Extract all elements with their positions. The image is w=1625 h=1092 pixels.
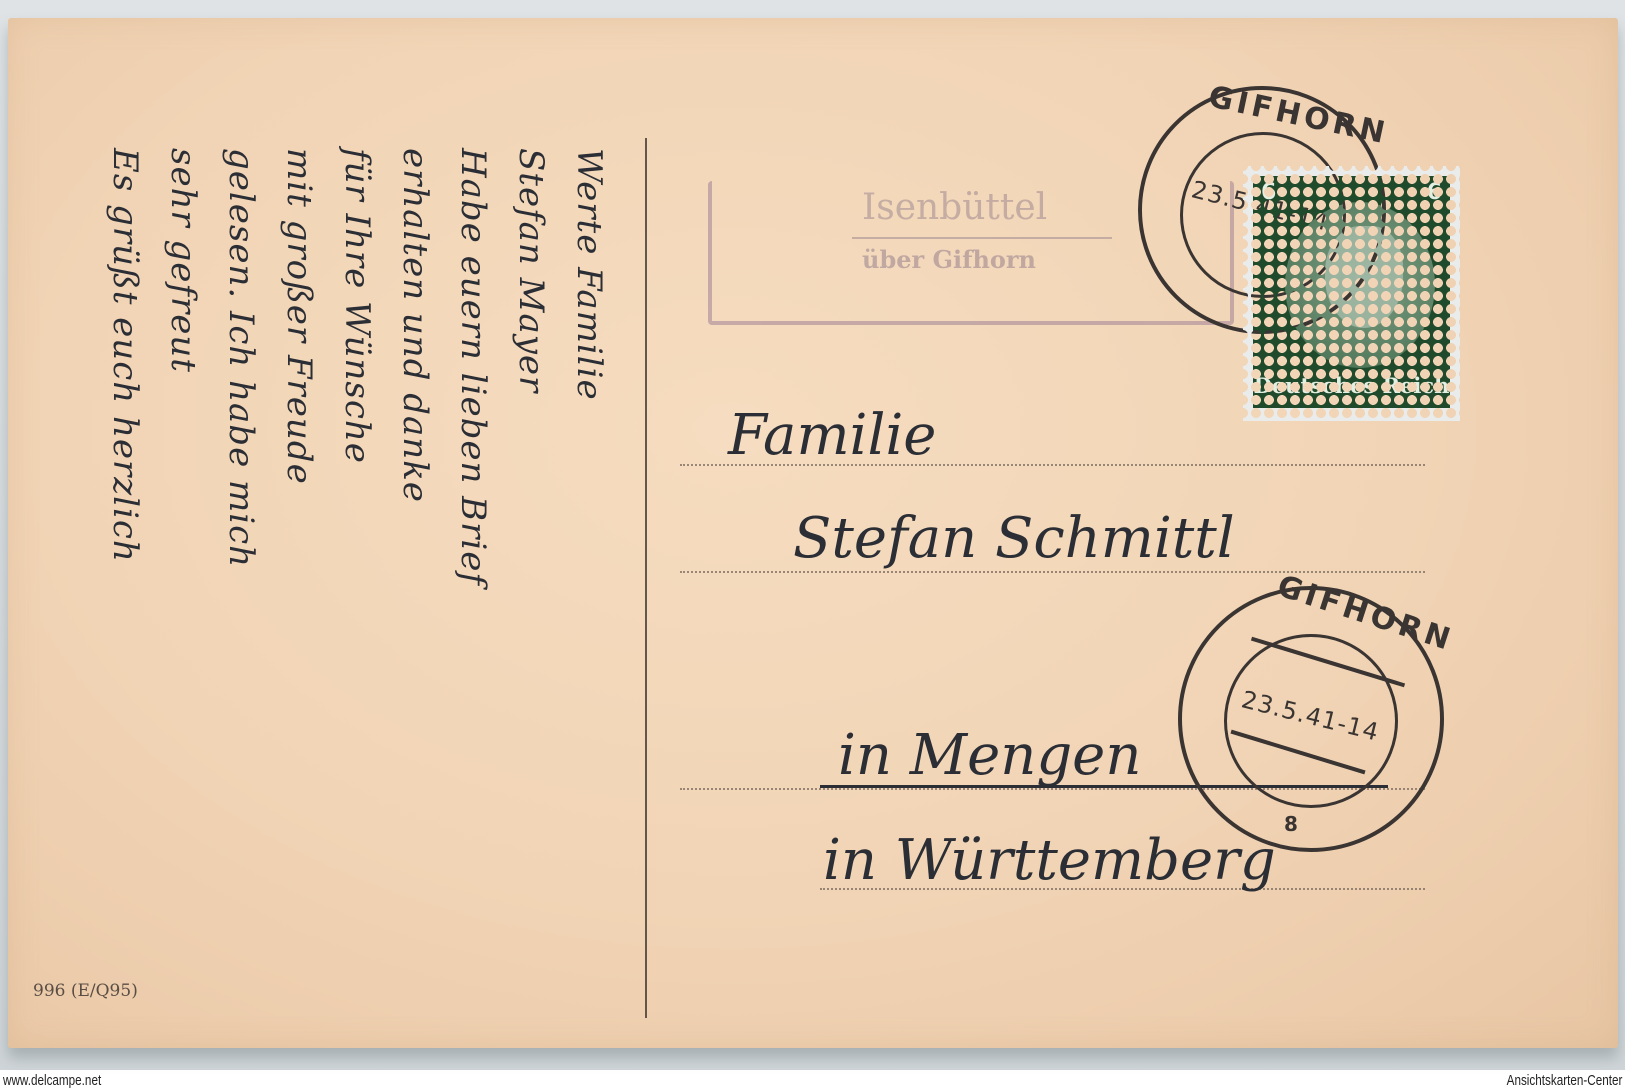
- box-cancel-rule: [852, 237, 1112, 239]
- message-line: sehr gefreut: [154, 148, 212, 586]
- postcard: Werte Familie Stefan Mayer Habe euern li…: [8, 18, 1618, 1048]
- print-number: 996 (E/Q95): [33, 981, 138, 1001]
- watermark-left: www.delcampe.net: [3, 1072, 101, 1089]
- address-line-4: in Württemberg: [823, 828, 1276, 893]
- stamp-value-left: 6: [1261, 180, 1276, 205]
- message-line: Werte Familie: [560, 148, 618, 586]
- address-line-3: in Mengen: [838, 723, 1141, 788]
- watermark-right: Ansichtskarten-Center: [1506, 1072, 1622, 1089]
- handwritten-message: Werte Familie Stefan Mayer Habe euern li…: [96, 148, 618, 586]
- postmark-office-number: 8: [1284, 812, 1298, 836]
- message-line: erhalten und danke: [386, 148, 444, 586]
- box-cancel-via: über Gifhorn: [862, 245, 1036, 274]
- message-line: gelesen. Ich habe mich: [212, 148, 270, 586]
- message-line: Stefan Mayer: [502, 148, 560, 586]
- message-line: Es grüßt euch herzlich: [96, 148, 154, 586]
- stamp-inscription: Deutsches Reich: [1253, 373, 1450, 398]
- postage-stamp: 6 6 Deutsches Reich: [1243, 166, 1460, 421]
- address-line-1: Familie: [728, 403, 936, 468]
- postmark-bottom: GIFHORN 23.5.41-14 8: [1178, 586, 1444, 852]
- address-rule: [680, 571, 1425, 573]
- message-line: Habe euern lieben Brief: [444, 148, 502, 586]
- box-cancel-place: Isenbüttel: [862, 187, 1047, 228]
- portrait-icon: [1285, 202, 1435, 368]
- address-line-2: Stefan Schmittl: [793, 506, 1235, 571]
- stamp-value-right: 6: [1427, 180, 1442, 205]
- watermark-bar: www.delcampe.net Ansichtskarten-Center: [0, 1070, 1625, 1092]
- message-line: für Ihre Wünsche: [328, 148, 386, 586]
- message-line: mit großer Freude: [270, 148, 328, 586]
- card-divider-line: [645, 138, 647, 1018]
